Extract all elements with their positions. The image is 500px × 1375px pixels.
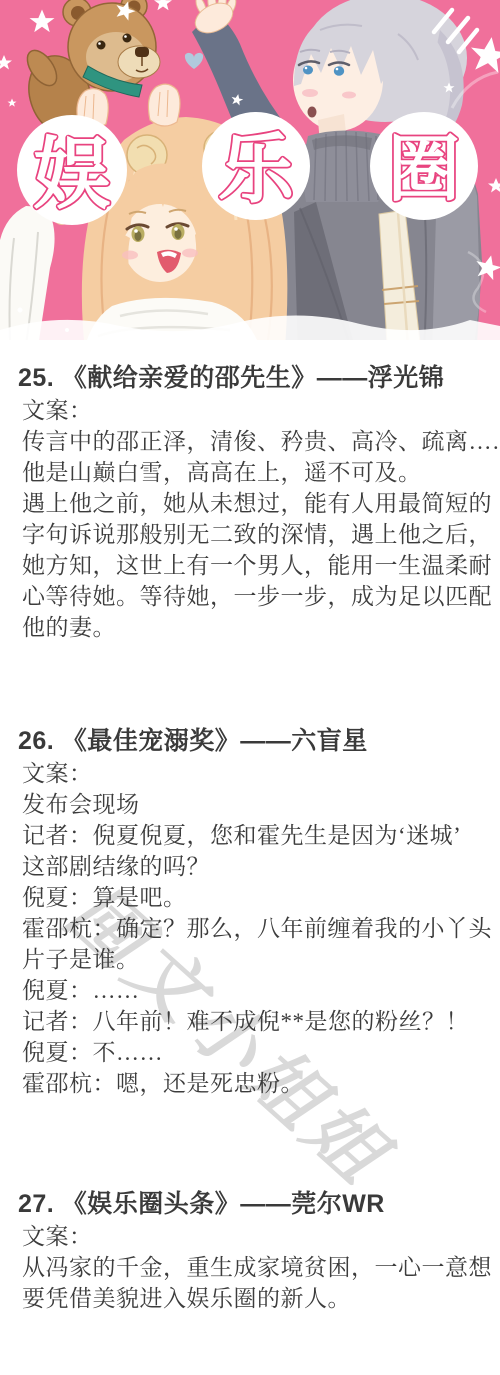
synopsis-line: 遇上他之前，她从未想过，能有人用最简短的 <box>0 488 500 519</box>
synopsis-line: 倪夏：不…… <box>0 1037 500 1068</box>
synopsis-line: 片子是谁。 <box>0 944 500 975</box>
hero-banner: 娱 乐 圈 <box>0 0 500 360</box>
synopsis-line: 霍邵杭：确定？那么，八年前缠着我的小丫头 <box>0 913 500 944</box>
synopsis-line: 发布会现场 <box>0 789 500 820</box>
synopsis-line: 他是山巅白雪，高高在上，遥不可及。 <box>0 457 500 488</box>
section-heading: 25. 《献给亲爱的邵先生》——浮光锦 <box>0 360 500 396</box>
synopsis-line: 从冯家的千金，重生成家境贫困，一心一意想 <box>0 1252 500 1283</box>
section-26: 26. 《最佳宠溺奖》——六盲星 文案： 发布会现场 记者：倪夏倪夏，您和霍先生… <box>0 723 500 1099</box>
synopsis-line: 要凭借美貌进入娱乐圈的新人。 <box>0 1283 500 1314</box>
badge-char-yu: 娱 <box>33 130 111 218</box>
novel-recommendation-post: 娱 乐 圈 囤文小姐姐 25. 《献给亲爱的邵先生》——浮光锦 文案： 传言中的… <box>0 0 500 1375</box>
synopsis-line: 心等待她。等待她，一步一步，成为足以匹配 <box>0 581 500 612</box>
section-heading: 26. 《最佳宠溺奖》——六盲星 <box>0 723 500 759</box>
synopsis-line: 这部剧结缘的吗？ <box>0 851 500 882</box>
section-heading: 27. 《娱乐圈头条》——莞尔WR <box>0 1186 500 1222</box>
hero-illustration: 娱 乐 圈 <box>0 0 500 360</box>
synopsis-line: 霍邵杭：嗯，还是死忠粉。 <box>0 1068 500 1099</box>
synopsis-line: 倪夏：算是吧。 <box>0 882 500 913</box>
synopsis-line: 倪夏：…… <box>0 975 500 1006</box>
section-27: 27. 《娱乐圈头条》——莞尔WR 文案： 从冯家的千金，重生成家境贫困，一心一… <box>0 1186 500 1314</box>
bottom-fade-solid <box>0 340 500 360</box>
badge-char-quan: 圈 <box>388 130 460 210</box>
synopsis-line: 传言中的邵正泽，清俊、矜贵、高冷、疏离…… <box>0 426 500 457</box>
section-25: 25. 《献给亲爱的邵先生》——浮光锦 文案： 传言中的邵正泽，清俊、矜贵、高冷… <box>0 360 500 643</box>
synopsis-label: 文案： <box>0 1222 500 1252</box>
synopsis-label: 文案： <box>0 759 500 789</box>
synopsis-line: 他的妻。 <box>0 612 500 643</box>
synopsis-line: 记者：八年前！难不成倪**是您的粉丝？！ <box>0 1006 500 1037</box>
title-badges: 娱 乐 圈 <box>17 112 478 225</box>
badge-char-le: 乐 <box>218 128 295 213</box>
synopsis-line: 她方知，这世上有一个男人，能用一生温柔耐 <box>0 550 500 581</box>
synopsis-line: 记者：倪夏倪夏，您和霍先生是因为‘迷城’ <box>0 820 500 851</box>
synopsis-label: 文案： <box>0 396 500 426</box>
synopsis-line: 字句诉说那般别无二致的深情，遇上他之后， <box>0 519 500 550</box>
